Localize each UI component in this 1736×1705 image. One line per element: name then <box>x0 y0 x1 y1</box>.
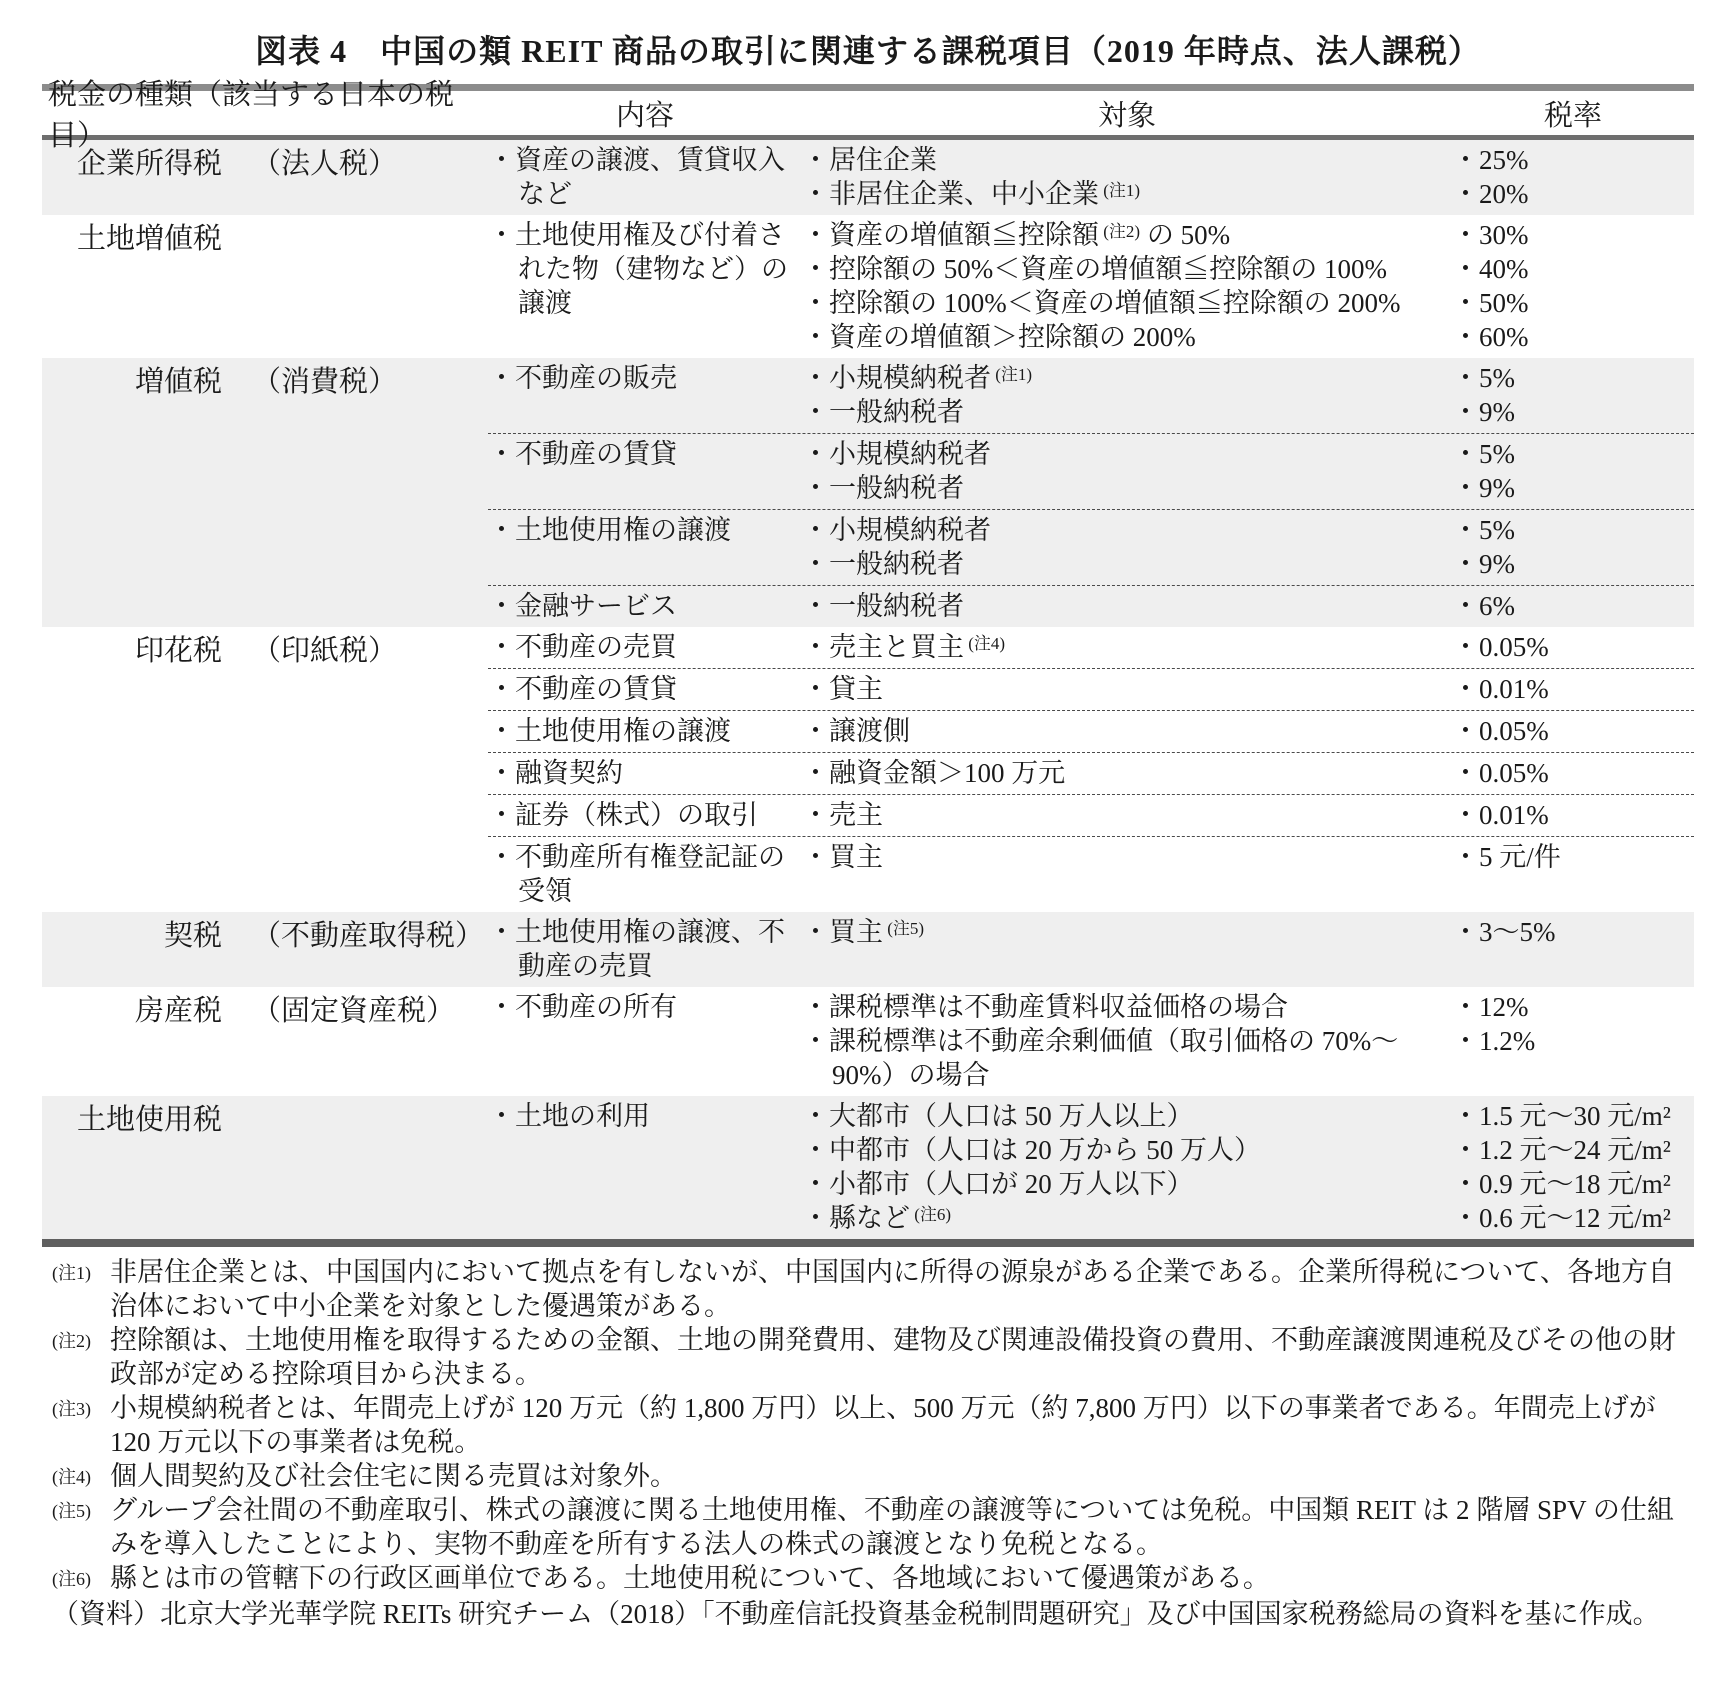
footnote-ref: (注6) <box>910 1205 951 1224</box>
rate-cell: ・1.5 元～30 元/m²・1.2 元～24 元/m²・0.9 元～18 元/… <box>1452 1099 1694 1235</box>
footnote-ref: (注2) <box>1099 222 1140 241</box>
tax-name-cell: 増値税（消費税） <box>42 358 488 627</box>
rate-cell: ・6% <box>1452 589 1694 623</box>
content-cell: ・不動産の売買 <box>488 630 802 664</box>
target-item: ・譲渡側 <box>802 714 1452 748</box>
content-item: ・土地使用権の譲渡 <box>488 513 802 547</box>
rate-item: ・9% <box>1452 471 1694 505</box>
rate-item: ・0.01% <box>1452 798 1694 832</box>
target-item: ・大都市（人口は 50 万人以上） <box>802 1099 1452 1133</box>
tax-row: 印花税（印紙税）・不動産の売買・売主と買主 (注4)・0.05%・不動産の賃貸・… <box>42 627 1694 912</box>
tax-name: 契税 <box>42 919 222 987</box>
footnote-text: 小規模納税者とは、年間売上げが 120 万元（約 1,800 万円）以上、500… <box>110 1391 1698 1459</box>
content-item: ・土地の利用 <box>488 1099 802 1133</box>
target-item: ・居住企業 <box>802 143 1452 177</box>
tax-table: 税金の種類（該当する日本の税目） 内容 対象 税率 企業所得税（法人税）・資産の… <box>42 84 1694 1247</box>
content-item: ・不動産所有権登記証の受領 <box>488 840 802 908</box>
content-cell: ・不動産所有権登記証の受領 <box>488 840 802 908</box>
target-item: ・控除額の 100%＜資産の増値額≦控除額の 200% <box>802 286 1452 320</box>
target-cell: ・小規模納税者 (注1)・一般納税者 <box>802 361 1452 429</box>
table-subrow: ・土地使用権及び付着された物（建物など）の譲渡・資産の増値額≦控除額 (注2) … <box>488 215 1694 358</box>
tax-row: 増値税（消費税）・不動産の販売・小規模納税者 (注1)・一般納税者・5%・9%・… <box>42 358 1694 627</box>
target-cell: ・貸主 <box>802 672 1452 706</box>
target-item: ・資産の増値額＞控除額の 200% <box>802 320 1452 354</box>
rate-cell: ・0.01% <box>1452 798 1694 832</box>
footnote-marker: (注2) <box>52 1323 110 1391</box>
rate-cell: ・0.01% <box>1452 672 1694 706</box>
target-cell: ・一般納税者 <box>802 589 1452 623</box>
target-item: ・買主 <box>802 840 1452 874</box>
rate-item: ・30% <box>1452 218 1694 252</box>
content-cell: ・土地使用権及び付着された物（建物など）の譲渡 <box>488 218 802 354</box>
rate-cell: ・0.05% <box>1452 630 1694 664</box>
footnote-item: (注4)個人間契約及び社会住宅に関る売買は対象外。 <box>52 1459 1698 1493</box>
rate-item: ・1.5 元～30 元/m² <box>1452 1099 1694 1133</box>
target-item: ・売主と買主 (注4) <box>802 630 1452 664</box>
rate-item: ・0.05% <box>1452 756 1694 790</box>
footnote-text: 控除額は、土地使用権を取得するための金額、土地の開発費用、建物及び関連設備投資の… <box>110 1323 1698 1391</box>
target-item: ・貸主 <box>802 672 1452 706</box>
rate-cell: ・5%・9% <box>1452 361 1694 429</box>
rate-cell: ・3～5% <box>1452 915 1694 983</box>
tax-name-japanese-equivalent: （不動産取得税） <box>252 919 484 987</box>
tax-name-japanese-equivalent: （消費税） <box>252 365 397 627</box>
content-cell: ・土地使用権の譲渡、不動産の売買 <box>488 915 802 983</box>
header-target: 対象 <box>802 93 1452 134</box>
table-header-row: 税金の種類（該当する日本の税目） 内容 対象 税率 <box>42 91 1694 135</box>
content-item: ・不動産の所有 <box>488 990 802 1024</box>
subrow-stack: ・不動産の所有・課税標準は不動産賃料収益価格の場合・課税標準は不動産余剰価値（取… <box>488 987 1694 1096</box>
target-cell: ・小規模納税者・一般納税者 <box>802 513 1452 581</box>
content-cell: ・金融サービス <box>488 589 802 623</box>
table-subrow: ・不動産の所有・課税標準は不動産賃料収益価格の場合・課税標準は不動産余剰価値（取… <box>488 987 1694 1096</box>
footnote-text: グループ会社間の不動産取引、株式の譲渡に関る土地使用権、不動産の譲渡等については… <box>110 1493 1698 1561</box>
table-body: 企業所得税（法人税）・資産の譲渡、賃貸収入など・居住企業・非居住企業、中小企業 … <box>42 140 1694 1239</box>
table-subrow: ・土地の利用・大都市（人口は 50 万人以上）・中都市（人口は 20 万から 5… <box>488 1096 1694 1239</box>
subrow-stack: ・土地使用権の譲渡、不動産の売買・買主 (注5)・3～5% <box>488 912 1694 987</box>
content-cell: ・融資契約 <box>488 756 802 790</box>
table-subrow: ・融資契約・融資金額＞100 万元・0.05% <box>488 752 1694 794</box>
target-item: ・小都市（人口が 20 万人以下） <box>802 1167 1452 1201</box>
rate-item: ・6% <box>1452 589 1694 623</box>
rate-item: ・5 元/件 <box>1452 840 1694 874</box>
content-cell: ・不動産の賃貸 <box>488 672 802 706</box>
target-item: ・控除額の 50%＜資産の増値額≦控除額の 100% <box>802 252 1452 286</box>
table-subrow: ・不動産の販売・小規模納税者 (注1)・一般納税者・5%・9% <box>488 358 1694 433</box>
footnote-item: (注6)縣とは市の管轄下の行政区画単位である。土地使用税について、各地域において… <box>52 1561 1698 1595</box>
rate-cell: ・25%・20% <box>1452 143 1694 211</box>
rate-item: ・60% <box>1452 320 1694 354</box>
target-cell: ・小規模納税者・一般納税者 <box>802 437 1452 505</box>
rate-cell: ・12%・1.2% <box>1452 990 1694 1092</box>
target-cell: ・買主 <box>802 840 1452 908</box>
content-item: ・不動産の売買 <box>488 630 802 664</box>
content-item: ・土地使用権及び付着された物（建物など）の譲渡 <box>488 218 802 320</box>
footnote-marker: (注6) <box>52 1561 110 1595</box>
rate-item: ・25% <box>1452 143 1694 177</box>
content-item: ・融資契約 <box>488 756 802 790</box>
content-cell: ・不動産の所有 <box>488 990 802 1092</box>
rate-item: ・5% <box>1452 513 1694 547</box>
table-subrow: ・不動産の賃貸・小規模納税者・一般納税者・5%・9% <box>488 433 1694 509</box>
tax-row: 契税（不動産取得税）・土地使用権の譲渡、不動産の売買・買主 (注5)・3～5% <box>42 912 1694 987</box>
content-cell: ・証券（株式）の取引 <box>488 798 802 832</box>
table-subrow: ・不動産所有権登記証の受領・買主・5 元/件 <box>488 836 1694 912</box>
content-cell: ・土地の利用 <box>488 1099 802 1235</box>
tax-name-japanese-equivalent: （法人税） <box>252 147 397 215</box>
table-subrow: ・土地使用権の譲渡・小規模納税者・一般納税者・5%・9% <box>488 509 1694 585</box>
rate-cell: ・0.05% <box>1452 756 1694 790</box>
rate-item: ・3～5% <box>1452 915 1694 949</box>
tax-name-japanese-equivalent: （固定資産税） <box>252 994 455 1096</box>
target-item: ・小規模納税者 <box>802 437 1452 471</box>
subrow-stack: ・不動産の売買・売主と買主 (注4)・0.05%・不動産の賃貸・貸主・0.01%… <box>488 627 1694 912</box>
footnote-ref: (注1) <box>991 365 1032 384</box>
rate-item: ・0.01% <box>1452 672 1694 706</box>
rate-item: ・12% <box>1452 990 1694 1024</box>
rate-item: ・9% <box>1452 395 1694 429</box>
subrow-stack: ・土地の利用・大都市（人口は 50 万人以上）・中都市（人口は 20 万から 5… <box>488 1096 1694 1239</box>
target-item: ・非居住企業、中小企業 (注1) <box>802 177 1452 211</box>
subrow-stack: ・資産の譲渡、賃貸収入など・居住企業・非居住企業、中小企業 (注1)・25%・2… <box>488 140 1694 215</box>
target-cell: ・資産の増値額≦控除額 (注2) の 50%・控除額の 50%＜資産の増値額≦控… <box>802 218 1452 354</box>
footnote-item: (注3)小規模納税者とは、年間売上げが 120 万元（約 1,800 万円）以上… <box>52 1391 1698 1459</box>
tax-row: 房産税（固定資産税）・不動産の所有・課税標準は不動産賃料収益価格の場合・課税標準… <box>42 987 1694 1096</box>
tax-name: 企業所得税 <box>42 147 222 215</box>
target-cell: ・課税標準は不動産賃料収益価格の場合・課税標準は不動産余剰価値（取引価格の 70… <box>802 990 1452 1092</box>
source-line: （資料）北京大学光華学院 REITs 研究チーム（2018）「不動産信託投資基金… <box>52 1595 1698 1631</box>
target-item: ・資産の増値額≦控除額 (注2) の 50% <box>802 218 1452 252</box>
tax-row: 土地増値税・土地使用権及び付着された物（建物など）の譲渡・資産の増値額≦控除額 … <box>42 215 1694 358</box>
rate-item: ・1.2 元～24 元/m² <box>1452 1133 1694 1167</box>
footnote-item: (注1)非居住企業とは、中国国内において拠点を有しないが、中国国内に所得の源泉が… <box>52 1255 1698 1323</box>
target-item: ・買主 (注5) <box>802 915 1452 949</box>
target-item: ・売主 <box>802 798 1452 832</box>
rate-item: ・9% <box>1452 547 1694 581</box>
target-item: ・課税標準は不動産賃料収益価格の場合 <box>802 990 1452 1024</box>
header-content: 内容 <box>488 93 802 134</box>
target-cell: ・売主と買主 (注4) <box>802 630 1452 664</box>
content-cell: ・資産の譲渡、賃貸収入など <box>488 143 802 211</box>
rate-item: ・5% <box>1452 361 1694 395</box>
rate-item: ・20% <box>1452 177 1694 211</box>
target-cell: ・居住企業・非居住企業、中小企業 (注1) <box>802 143 1452 211</box>
header-rate: 税率 <box>1452 93 1694 134</box>
table-subrow: ・土地使用権の譲渡、不動産の売買・買主 (注5)・3～5% <box>488 912 1694 987</box>
target-item: ・小規模納税者 (注1) <box>802 361 1452 395</box>
tax-name-cell: 印花税（印紙税） <box>42 627 488 912</box>
subrow-stack: ・不動産の販売・小規模納税者 (注1)・一般納税者・5%・9%・不動産の賃貸・小… <box>488 358 1694 627</box>
content-item: ・金融サービス <box>488 589 802 623</box>
footnote-text: 非居住企業とは、中国国内において拠点を有しないが、中国国内に所得の源泉がある企業… <box>110 1255 1698 1323</box>
footnote-marker: (注1) <box>52 1255 110 1323</box>
table-subrow: ・不動産の売買・売主と買主 (注4)・0.05% <box>488 627 1694 668</box>
tax-name-cell: 契税（不動産取得税） <box>42 912 488 987</box>
footnote-ref: (注1) <box>1099 181 1140 200</box>
content-cell: ・不動産の賃貸 <box>488 437 802 505</box>
content-cell: ・土地使用権の譲渡 <box>488 714 802 748</box>
content-item: ・証券（株式）の取引 <box>488 798 802 832</box>
tax-name-cell: 房産税（固定資産税） <box>42 987 488 1096</box>
target-item: ・中都市（人口は 20 万から 50 万人） <box>802 1133 1452 1167</box>
target-item: ・縣など (注6) <box>802 1201 1452 1235</box>
footnote-item: (注5)グループ会社間の不動産取引、株式の譲渡に関る土地使用権、不動産の譲渡等に… <box>52 1493 1698 1561</box>
rate-cell: ・5 元/件 <box>1452 840 1694 908</box>
footnote-list: (注1)非居住企業とは、中国国内において拠点を有しないが、中国国内に所得の源泉が… <box>52 1255 1698 1595</box>
tax-name: 印花税 <box>42 634 222 912</box>
target-item: ・一般納税者 <box>802 547 1452 581</box>
rate-item: ・0.05% <box>1452 714 1694 748</box>
tax-name-japanese-equivalent: （印紙税） <box>252 634 397 912</box>
footnote-marker: (注4) <box>52 1459 110 1493</box>
content-item: ・土地使用権の譲渡 <box>488 714 802 748</box>
content-item: ・土地使用権の譲渡、不動産の売買 <box>488 915 802 983</box>
content-item: ・不動産の販売 <box>488 361 802 395</box>
tax-name: 房産税 <box>42 994 222 1096</box>
tax-row: 企業所得税（法人税）・資産の譲渡、賃貸収入など・居住企業・非居住企業、中小企業 … <box>42 140 1694 215</box>
table-subrow: ・土地使用権の譲渡・譲渡側・0.05% <box>488 710 1694 752</box>
target-cell: ・大都市（人口は 50 万人以上）・中都市（人口は 20 万から 50 万人）・… <box>802 1099 1452 1235</box>
tax-name-cell: 土地使用税 <box>42 1096 488 1239</box>
rate-cell: ・5%・9% <box>1452 513 1694 581</box>
rate-cell: ・30%・40%・50%・60% <box>1452 218 1694 354</box>
rate-item: ・5% <box>1452 437 1694 471</box>
target-item: ・一般納税者 <box>802 395 1452 429</box>
table-subrow: ・証券（株式）の取引・売主・0.01% <box>488 794 1694 836</box>
table-subrow: ・資産の譲渡、賃貸収入など・居住企業・非居住企業、中小企業 (注1)・25%・2… <box>488 140 1694 215</box>
table-bottom-rule <box>42 1239 1694 1247</box>
content-cell: ・土地使用権の譲渡 <box>488 513 802 581</box>
tax-row: 土地使用税・土地の利用・大都市（人口は 50 万人以上）・中都市（人口は 20 … <box>42 1096 1694 1239</box>
page-title: 図表 4 中国の類 REIT 商品の取引に関連する課税項目（2019 年時点、法… <box>20 26 1716 72</box>
footnote-marker: (注3) <box>52 1391 110 1459</box>
table-subrow: ・金融サービス・一般納税者・6% <box>488 585 1694 627</box>
target-item: ・課税標準は不動産余剰価値（取引価格の 70%～90%）の場合 <box>802 1024 1452 1092</box>
footnote-item: (注2)控除額は、土地使用権を取得するための金額、土地の開発費用、建物及び関連設… <box>52 1323 1698 1391</box>
rate-cell: ・0.05% <box>1452 714 1694 748</box>
content-item: ・不動産の賃貸 <box>488 672 802 706</box>
tax-name: 土地増値税 <box>42 222 222 358</box>
rate-cell: ・5%・9% <box>1452 437 1694 505</box>
content-item: ・資産の譲渡、賃貸収入など <box>488 143 802 211</box>
document-page: { "title": "図表 4 中国の類 REIT 商品の取引に関連する課税項… <box>0 0 1736 1705</box>
target-cell: ・売主 <box>802 798 1452 832</box>
target-item: ・小規模納税者 <box>802 513 1452 547</box>
rate-item: ・0.6 元～12 元/m² <box>1452 1201 1694 1235</box>
rate-item: ・40% <box>1452 252 1694 286</box>
content-item: ・不動産の賃貸 <box>488 437 802 471</box>
target-item: ・一般納税者 <box>802 471 1452 505</box>
tax-name-cell: 土地増値税 <box>42 215 488 358</box>
footnote-ref: (注5) <box>883 919 924 938</box>
target-cell: ・譲渡側 <box>802 714 1452 748</box>
footnote-text: 縣とは市の管轄下の行政区画単位である。土地使用税について、各地域において優遇策が… <box>110 1561 1698 1595</box>
tax-name-cell: 企業所得税（法人税） <box>42 140 488 215</box>
tax-name: 土地使用税 <box>42 1103 222 1239</box>
tax-name: 増値税 <box>42 365 222 627</box>
rate-item: ・1.2% <box>1452 1024 1694 1058</box>
rate-item: ・0.9 元～18 元/m² <box>1452 1167 1694 1201</box>
target-cell: ・融資金額＞100 万元 <box>802 756 1452 790</box>
rate-item: ・0.05% <box>1452 630 1694 664</box>
footnote-text: 個人間契約及び社会住宅に関る売買は対象外。 <box>110 1459 1698 1493</box>
table-subrow: ・不動産の賃貸・貸主・0.01% <box>488 668 1694 710</box>
rate-item: ・50% <box>1452 286 1694 320</box>
footnote-ref: (注4) <box>964 634 1005 653</box>
target-cell: ・買主 (注5) <box>802 915 1452 983</box>
target-item: ・融資金額＞100 万元 <box>802 756 1452 790</box>
content-cell: ・不動産の販売 <box>488 361 802 429</box>
subrow-stack: ・土地使用権及び付着された物（建物など）の譲渡・資産の増値額≦控除額 (注2) … <box>488 215 1694 358</box>
footnote-marker: (注5) <box>52 1493 110 1561</box>
target-item: ・一般納税者 <box>802 589 1452 623</box>
